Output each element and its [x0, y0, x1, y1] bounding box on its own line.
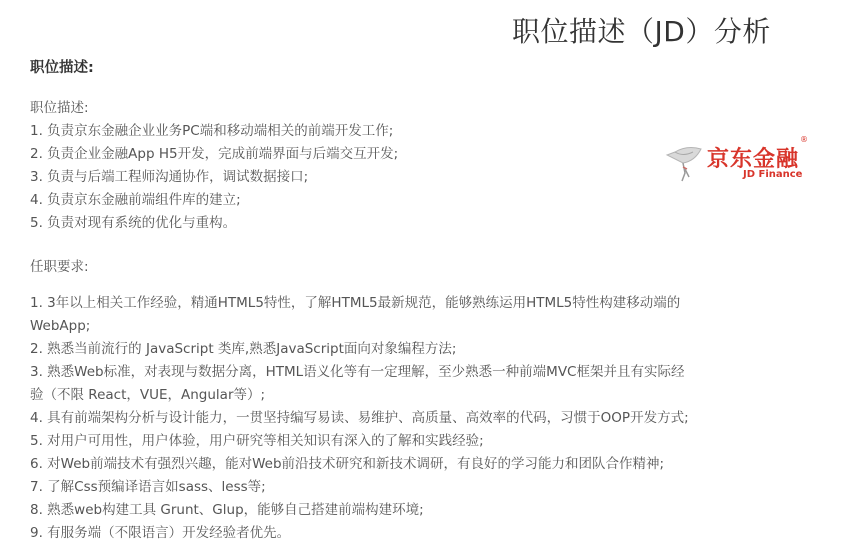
- requirement-line: 5. 对用户可用性，用户体验，用户研究等相关知识有深入的了解和实践经验;: [30, 430, 820, 453]
- requirement-line: 验（不限 React，VUE，Angular等）;: [30, 384, 820, 407]
- requirement-line: 8. 熟悉web构建工具 Grunt、Glup，能够自己搭建前端构建环境;: [30, 499, 820, 522]
- requirements-label: 任职要求:: [30, 256, 89, 279]
- logo-text-en: JD Finance: [743, 169, 802, 180]
- requirement-line: 6. 对Web前端技术有强烈兴趣，能对Web前沿技术研究和新技术调研，有良好的学…: [30, 453, 820, 476]
- job-description-block: 职位描述: 1. 负责京东金融企业业务PC端和移动端相关的前端开发工作; 2. …: [30, 97, 398, 235]
- slide-title: 职位描述（JD）分析: [512, 10, 771, 50]
- requirement-line: 7. 了解Css预编译语言如sass、less等;: [30, 476, 820, 499]
- description-label: 职位描述:: [30, 97, 398, 120]
- section-heading: 职位描述:: [30, 56, 94, 77]
- jd-finance-bird-icon: [663, 139, 707, 183]
- description-item: 1. 负责京东金融企业业务PC端和移动端相关的前端开发工作;: [30, 120, 398, 143]
- jd-finance-logo: 京东金融 ® JD Finance: [663, 135, 813, 190]
- requirements-block: 1. 3年以上相关工作经验，精通HTML5特性，了解HTML5最新规范，能够熟练…: [30, 292, 820, 545]
- requirement-line: 9. 有服务端（不限语言）开发经验者优先。: [30, 522, 820, 545]
- logo-registered-mark: ®: [800, 135, 808, 144]
- description-item: 4. 负责京东金融前端组件库的建立;: [30, 189, 398, 212]
- requirement-line: 3. 熟悉Web标准，对表现与数据分离，HTML语义化等有一定理解，至少熟悉一种…: [30, 361, 820, 384]
- requirement-line: 4. 具有前端架构分析与设计能力，一贯坚持编写易读、易维护、高质量、高效率的代码…: [30, 407, 820, 430]
- requirement-line: 1. 3年以上相关工作经验，精通HTML5特性，了解HTML5最新规范，能够熟练…: [30, 292, 820, 315]
- description-item: 3. 负责与后端工程师沟通协作，调试数据接口;: [30, 166, 398, 189]
- requirement-line: 2. 熟悉当前流行的 JavaScript 类库,熟悉JavaScript面向对…: [30, 338, 820, 361]
- description-item: 2. 负责企业金融App H5开发，完成前端界面与后端交互开发;: [30, 143, 398, 166]
- requirement-line: WebApp;: [30, 315, 820, 338]
- description-item: 5. 负责对现有系统的优化与重构。: [30, 212, 398, 235]
